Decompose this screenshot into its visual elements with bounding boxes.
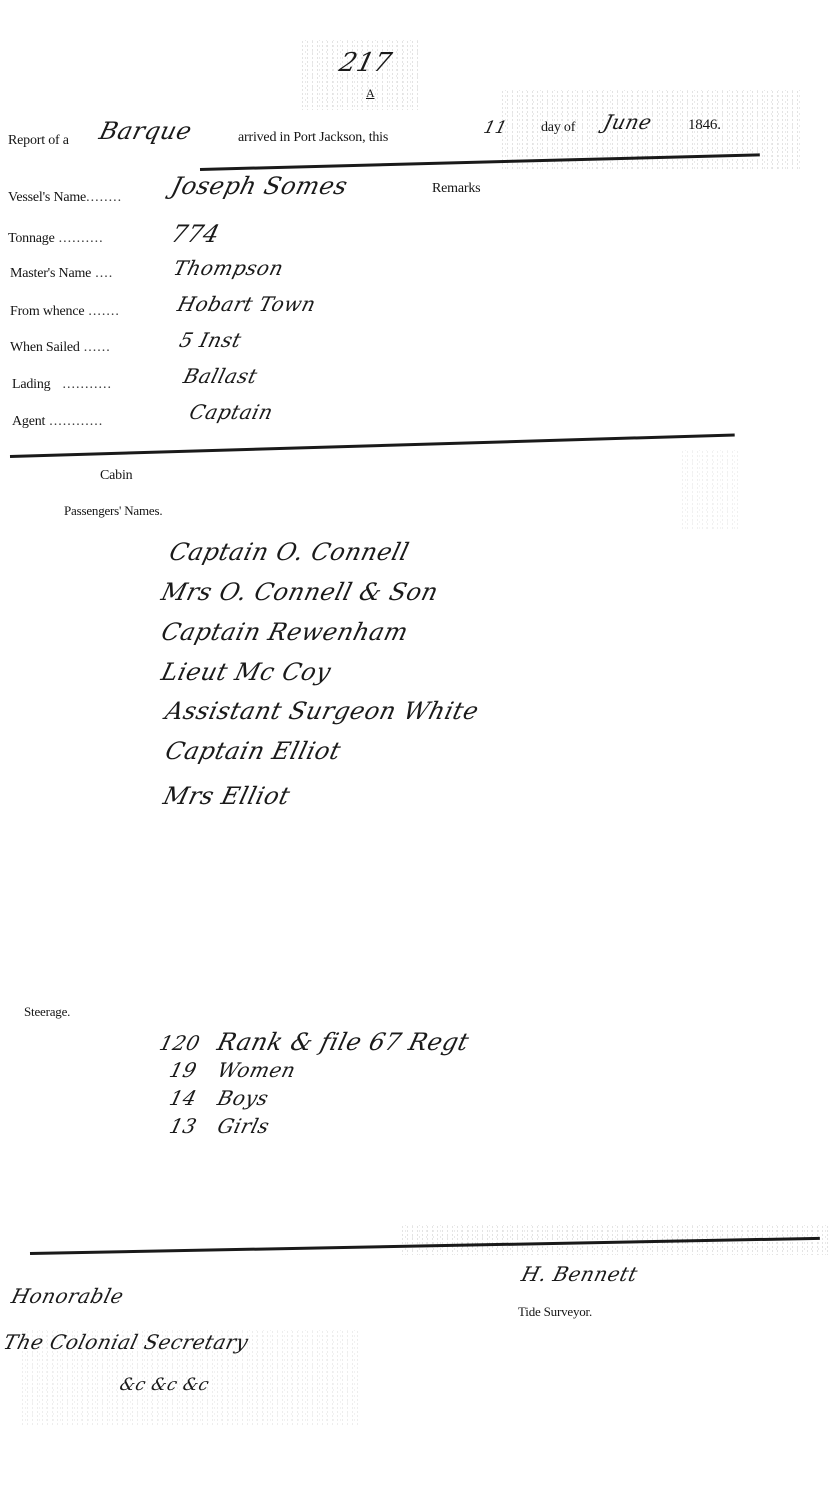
day-of-label: day of xyxy=(541,120,575,136)
passengers-label: Passengers' Names. xyxy=(64,503,162,519)
page-number: 217 xyxy=(336,48,395,78)
year-value: 1846. xyxy=(688,117,721,134)
count: 13 xyxy=(167,1114,221,1138)
section-rule xyxy=(10,433,735,458)
surveyor-signature: H. Bennett xyxy=(519,1262,640,1286)
field-master-name: Master's Name .... xyxy=(10,264,113,282)
field-value-agent: Captain xyxy=(187,400,276,424)
field-value-tonnage: 774 xyxy=(169,220,223,248)
list-item: Captain Elliot xyxy=(163,737,344,765)
footer-rule xyxy=(30,1237,820,1255)
field-label: From whence xyxy=(10,304,84,319)
header-rule xyxy=(200,153,760,171)
count: 14 xyxy=(167,1086,221,1110)
field-value-lading: Ballast xyxy=(181,364,260,388)
list-item: 120Rank & file 67 Regt xyxy=(160,1028,469,1056)
vessel-type-value: Barque xyxy=(97,117,195,145)
page-sub-letter: A xyxy=(366,86,374,101)
addressee-line-2: The Colonial Secretary xyxy=(1,1330,251,1354)
list-item: Mrs Elliot xyxy=(161,782,294,810)
description: Rank & file 67 Regt xyxy=(215,1028,473,1056)
scan-noise xyxy=(680,450,740,530)
field-from-whence: From whence ....... xyxy=(10,302,120,320)
list-item: Mrs O. Connell & Son xyxy=(159,578,442,606)
count: 19 xyxy=(167,1058,221,1082)
list-item: Captain O. Connell xyxy=(167,538,413,566)
surveyor-title: Tide Surveyor. xyxy=(518,1304,592,1320)
field-agent: Agent ............ xyxy=(12,412,103,430)
field-value-master-name: Thompson xyxy=(171,256,286,280)
field-lading: Lading ........... xyxy=(12,375,112,393)
count: 120 xyxy=(157,1031,221,1055)
cabin-label: Cabin xyxy=(100,468,132,484)
month-value: June xyxy=(601,110,655,134)
list-item: Captain Rewenham xyxy=(159,618,412,646)
field-label: Lading xyxy=(12,377,50,392)
list-item: 13Girls xyxy=(170,1114,269,1138)
field-label: Agent xyxy=(12,414,45,429)
field-value-from-whence: Hobart Town xyxy=(175,292,318,316)
steerage-label: Steerage. xyxy=(24,1004,70,1020)
field-value-vessel-name: Joseph Somes xyxy=(169,172,351,200)
remarks-label: Remarks xyxy=(432,181,480,197)
field-value-when-sailed: 5 Inst xyxy=(177,328,244,352)
field-when-sailed: When Sailed ...... xyxy=(10,338,111,356)
report-of-label: Report of a xyxy=(8,133,69,149)
list-item: Assistant Surgeon White xyxy=(163,697,482,725)
arrived-label: arrived in Port Jackson, this xyxy=(238,130,388,146)
field-label: Vessel's Name xyxy=(8,190,86,205)
day-value: 11 xyxy=(482,118,510,138)
list-item: 14Boys xyxy=(170,1086,268,1110)
field-label: Tonnage xyxy=(8,231,55,246)
description: Women xyxy=(215,1058,298,1082)
field-tonnage: Tonnage .......... xyxy=(8,229,104,247)
description: Boys xyxy=(215,1086,271,1110)
field-label: When Sailed xyxy=(10,340,80,355)
list-item: 19Women xyxy=(170,1058,295,1082)
field-vessel-name: Vessel's Name........ xyxy=(8,188,122,206)
list-item: Lieut Mc Coy xyxy=(159,658,335,686)
field-label: Master's Name xyxy=(10,266,91,281)
description: Girls xyxy=(215,1114,272,1138)
addressee-line-3: &c &c &c xyxy=(118,1375,212,1395)
addressee-line-1: Honorable xyxy=(9,1284,126,1308)
